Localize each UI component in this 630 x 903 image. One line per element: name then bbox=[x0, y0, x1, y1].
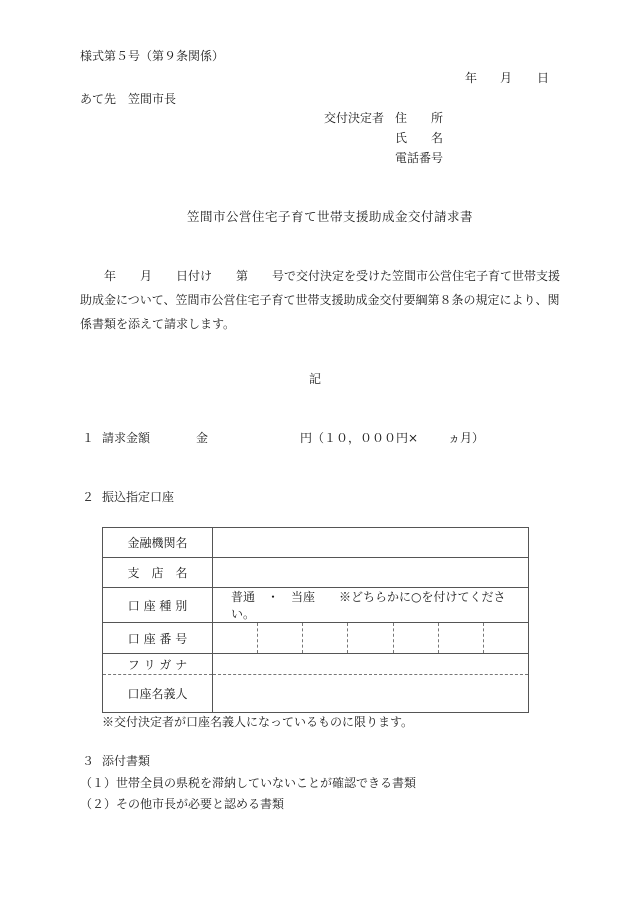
addressee: あて先 笠間市長 bbox=[80, 91, 176, 107]
account-number-field[interactable] bbox=[213, 623, 529, 654]
table-row: 口 座 番 号 bbox=[103, 623, 529, 654]
paragraph-line: 助成金について、笠間市公営住宅子育て世帯支援助成金交付要綱第８条の規定により、関 bbox=[80, 288, 560, 312]
phone-label: 電話番号 bbox=[395, 150, 443, 166]
applicant-role: 交付決定者 bbox=[324, 110, 384, 126]
table-row: 口 座 種 別 普通 ・ 当座 ※どちらかに○を付けてください。 bbox=[103, 588, 529, 623]
request-paragraph: 年 月 日付け 第 号で交付決定を受けた笠間市公営住宅子育て世帯支援 助成金につ… bbox=[80, 264, 560, 336]
ki-heading: 記 bbox=[309, 371, 321, 387]
digit-box[interactable] bbox=[348, 623, 393, 653]
bank-name-label: 金融機関名 bbox=[103, 528, 213, 558]
furigana-field[interactable] bbox=[213, 654, 529, 675]
digit-box[interactable] bbox=[394, 623, 439, 653]
furigana-label: フ リ ガ ナ bbox=[103, 654, 213, 675]
section-number: ２ bbox=[82, 489, 94, 505]
account-type-label: 口 座 種 別 bbox=[103, 588, 213, 623]
table-row: 口座名義人 bbox=[103, 675, 529, 713]
digit-box[interactable] bbox=[213, 623, 258, 653]
kin-label: 金 bbox=[196, 430, 208, 446]
date-year-label: 年 bbox=[465, 70, 477, 86]
section-number: ３ bbox=[82, 753, 94, 769]
section-label: 振込指定口座 bbox=[102, 489, 174, 505]
bank-account-table: 金融機関名 支 店 名 口 座 種 別 普通 ・ 当座 ※どちらかに○を付けてく… bbox=[102, 527, 529, 713]
attachment-item: （２）その他市長が必要と認める書類 bbox=[80, 796, 284, 812]
bank-name-field[interactable] bbox=[213, 528, 529, 558]
digit-box[interactable] bbox=[258, 623, 303, 653]
account-holder-field[interactable] bbox=[213, 675, 529, 713]
paragraph-line: 係書類を添えて請求します。 bbox=[80, 312, 560, 336]
digit-box[interactable] bbox=[484, 623, 528, 653]
digit-box[interactable] bbox=[303, 623, 348, 653]
account-number-label: 口 座 番 号 bbox=[103, 623, 213, 654]
table-row: 支 店 名 bbox=[103, 558, 529, 588]
digit-box[interactable] bbox=[439, 623, 484, 653]
account-type-field[interactable]: 普通 ・ 当座 ※どちらかに○を付けてください。 bbox=[213, 588, 529, 623]
account-holder-label: 口座名義人 bbox=[103, 675, 213, 713]
months-label: ヵ月） bbox=[448, 430, 484, 446]
account-holder-note: ※交付決定者が口座名義人になっているものに限ります。 bbox=[102, 714, 413, 730]
table-row: フ リ ガ ナ bbox=[103, 654, 529, 675]
branch-name-label: 支 店 名 bbox=[103, 558, 213, 588]
name-label: 氏 名 bbox=[395, 130, 443, 146]
paragraph-line: 年 月 日付け 第 号で交付決定を受けた笠間市公営住宅子育て世帯支援 bbox=[80, 264, 560, 288]
form-number: 様式第５号（第９条関係） bbox=[80, 48, 224, 64]
document-title: 笠間市公営住宅子育て世帯支援助成金交付請求書 bbox=[187, 209, 473, 225]
address-label: 住 所 bbox=[395, 110, 443, 126]
account-number-digits bbox=[213, 623, 528, 653]
date-day-label: 日 bbox=[537, 70, 549, 86]
branch-name-field[interactable] bbox=[213, 558, 529, 588]
table-row: 金融機関名 bbox=[103, 528, 529, 558]
attachment-item: （１）世帯全員の県税を滞納していないことが確認できる書類 bbox=[80, 775, 416, 791]
section-label: 添付書類 bbox=[102, 753, 150, 769]
section-number: １ bbox=[82, 430, 94, 446]
section-label: 請求金額 bbox=[102, 430, 150, 446]
yen-formula: 円（１０，０００円× bbox=[300, 430, 418, 446]
date-month-label: 月 bbox=[500, 70, 512, 86]
